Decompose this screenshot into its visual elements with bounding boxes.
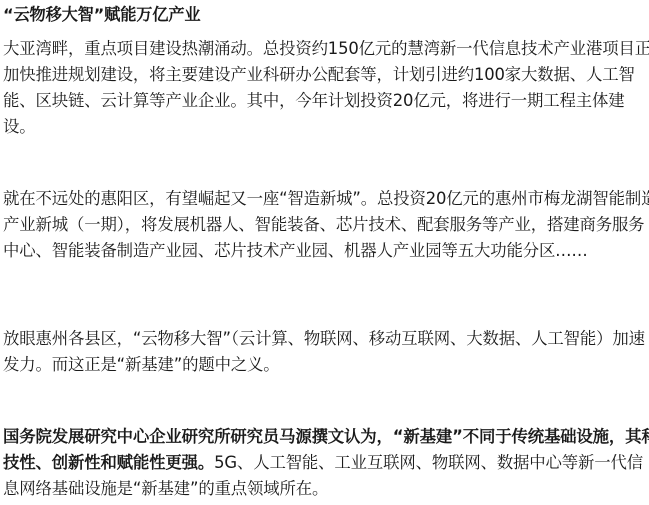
paragraph-line: 设。 xyxy=(3,116,35,138)
paragraph-line-bold: 国务院发展研究中心企业研究所研究员马源撰文认为，“新基建”不同于传统基础设施，其… xyxy=(3,426,649,448)
article: “云物移大智”赋能万亿产业 大亚湾畔，重点项目建设热潮涌动。总投资约150亿元的… xyxy=(0,0,649,505)
paragraph-line: 放眼惠州各县区，“云物移大智”（云计算、物联网、移动互联网、大数据、人工智能）加… xyxy=(3,328,645,350)
paragraph-line: 能、区块链、云计算等产业企业。其中，今年计划投资20亿元，将进行一期工程主体建 xyxy=(3,90,624,112)
paragraph-line: 产业新城（一期），将发展机器人、智能装备、芯片技术、配套服务等产业，搭建商务服务 xyxy=(3,214,644,236)
bold-text: 技性、创新性和赋能性更强。 xyxy=(3,453,214,472)
paragraph-line: 息网络基础设施是“新基建”的重点领域所在。 xyxy=(3,478,328,500)
paragraph-line: 加快推进规划建设，将主要建设产业科研办公配套等，计划引进约100家大数据、人工智 xyxy=(3,64,635,86)
paragraph-line: 就在不远处的惠阳区，有望崛起又一座“智造新城”。总投资20亿元的惠州市梅龙湖智能… xyxy=(3,188,649,210)
paragraph-line: 中心、智能装备制造产业园、芯片技术产业园、机器人产业园等五大功能分区…… xyxy=(3,240,588,262)
article-title: “云物移大智”赋能万亿产业 xyxy=(3,4,200,26)
paragraph-line: 大亚湾畔，重点项目建设热潮涌动。总投资约150亿元的慧湾新一代信息技术产业港项目… xyxy=(3,38,649,60)
paragraph-line: 技性、创新性和赋能性更强。5G、人工智能、工业互联网、物联网、数据中心等新一代信 xyxy=(3,452,643,474)
paragraph-line: 发力。而这正是“新基建”的题中之义。 xyxy=(3,354,280,376)
normal-text: 5G、人工智能、工业互联网、物联网、数据中心等新一代信 xyxy=(214,453,643,472)
